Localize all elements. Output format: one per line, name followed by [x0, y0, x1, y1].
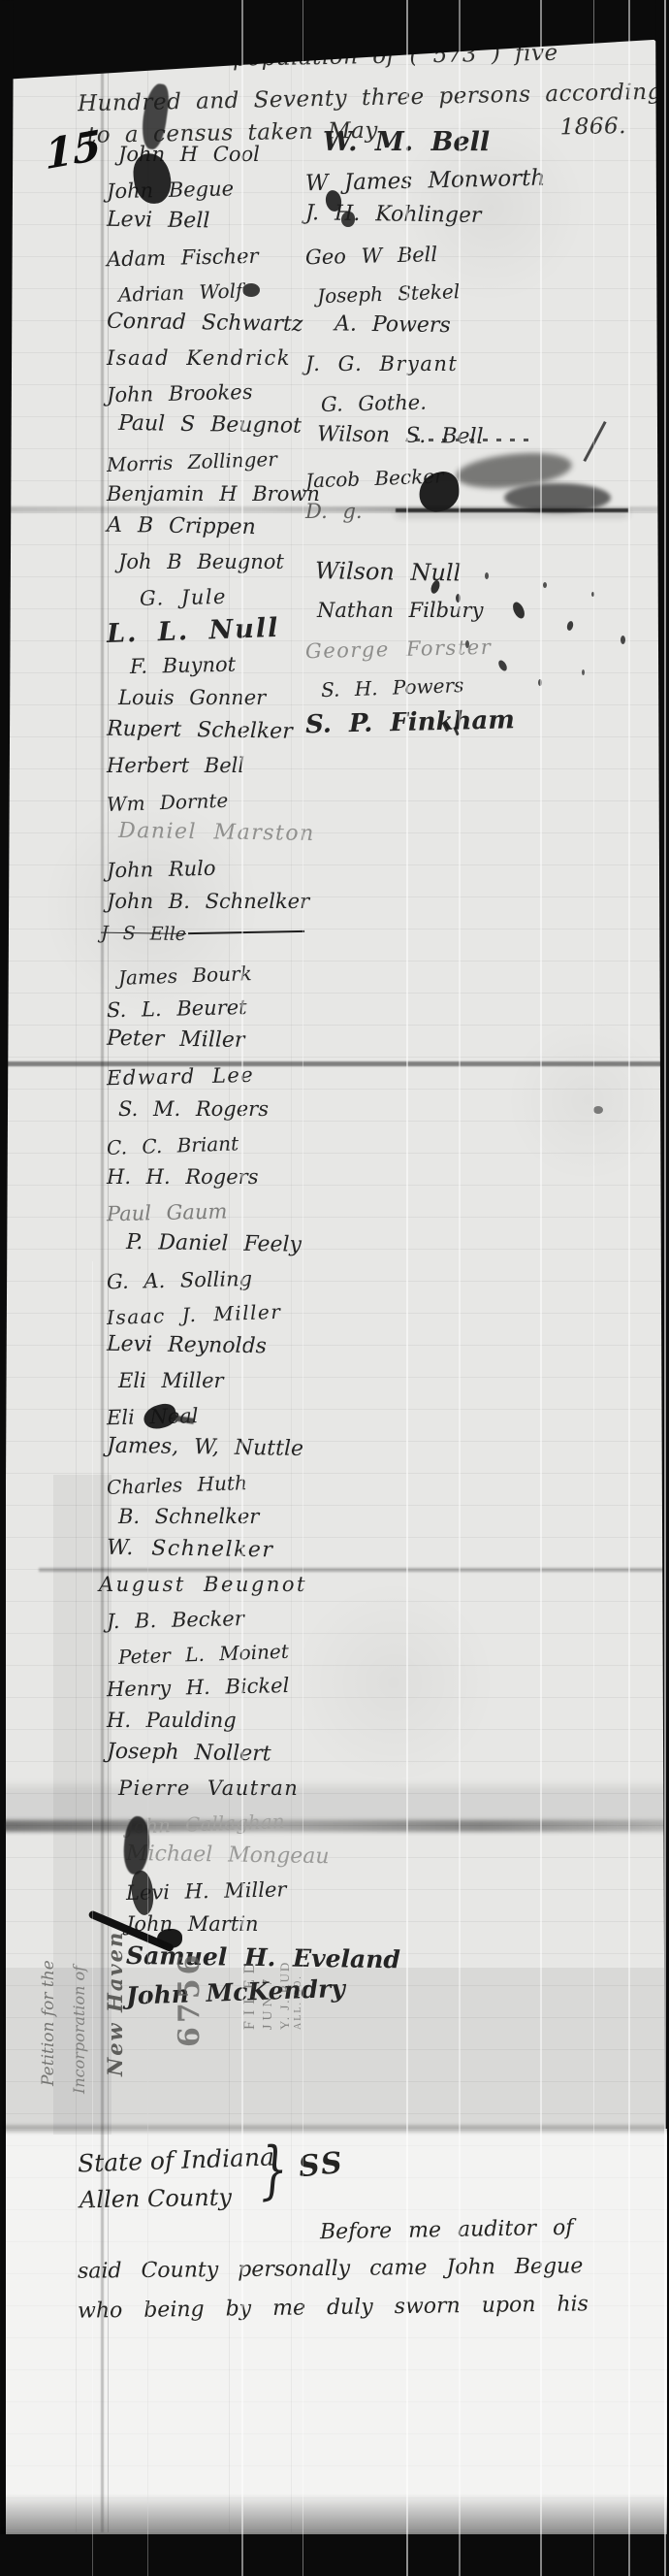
signature: C. C. Briant [107, 1125, 389, 1162]
signature: John Rulo [107, 852, 389, 886]
scan-edge-bottom [0, 2534, 669, 2576]
scratch-line [241, 0, 243, 2576]
signature: Levi H. Miller [126, 1875, 389, 1908]
signature: J S Elle [101, 921, 388, 953]
signature: A. Powers [334, 311, 664, 343]
scratch-line [540, 0, 542, 2576]
signature: W. Schnelker [107, 1536, 388, 1568]
signature: S. P. Finkham [305, 704, 665, 739]
signature: S. L. Beuret [107, 992, 389, 1026]
scratch-line [406, 0, 408, 2576]
signature: Wm Dornte [107, 782, 389, 819]
stamp-line-filed: FILED [240, 1904, 260, 2030]
signature: G. A. Solling [107, 1263, 389, 1297]
signature: Charles Huth [107, 1465, 389, 1502]
stamp-line-date: JUN 7 [260, 1904, 277, 2030]
signature: James Bourk [118, 956, 389, 993]
signature: Eli Miller [118, 1368, 388, 1395]
ink-speck [543, 582, 547, 588]
ink-speck [465, 640, 469, 648]
signature: B. Schnelker [118, 1504, 388, 1531]
signature: John B. Schnelker [107, 889, 388, 916]
scratch-line [664, 0, 666, 2576]
file-number-stamp: 6756 [173, 1951, 207, 2048]
scratch-line [628, 0, 630, 2576]
signature: J. G. Bryant [305, 351, 664, 378]
margin-tally-mark: 15 [45, 121, 102, 179]
fold-line [0, 2125, 669, 2133]
margin-note-new-haven: New Haven [103, 1843, 127, 2076]
signature: S. M. Rogers [118, 1096, 388, 1124]
margin-note-incorporation: Incorporation of [70, 1803, 88, 2094]
signature: Levi Reynolds [107, 1332, 388, 1364]
margin-note-petition: Petition for the [39, 1795, 58, 2086]
signature: J. B. Becker [107, 1603, 389, 1637]
ledger-rule [76, 35, 77, 2532]
signature: G. Gothe. [321, 384, 665, 419]
signature: H. Paulding [107, 1708, 388, 1735]
stamp-line-clerk: Y. J. RUD [277, 1904, 293, 2030]
scratch-line [303, 0, 303, 2576]
signature: Peter Miller [107, 1027, 388, 1059]
scratch-line [459, 0, 461, 2576]
signature: S. H. Powers [321, 666, 665, 704]
ink-blot [242, 283, 260, 297]
document-scan: a resident population of ( 573 ) five Hu… [0, 0, 669, 2576]
scratch-line [92, 1261, 93, 2576]
jurat-brace: } [258, 2134, 289, 2208]
signature: August Beugnot [99, 1572, 388, 1599]
signature: Nathan Filbury [317, 598, 664, 625]
ink-speck [593, 1106, 603, 1114]
scratch-line [147, 1455, 148, 2576]
signature: James, W, Nuttle [107, 1434, 388, 1466]
signature: Paul Gaum [107, 1195, 389, 1229]
signature: W James Monworth [305, 163, 665, 198]
filed-date-stamp: FILED JUN 7 Y. J. RUD ALL. CO. [240, 1904, 304, 2030]
ink-blot [157, 1929, 182, 1948]
signature: Michael Mongeau [126, 1842, 388, 1873]
signature: W. M. Bell [323, 130, 664, 157]
signature: P. Daniel Feely [126, 1230, 388, 1261]
ink-blot [341, 212, 355, 227]
signature: Pierre Vautran [118, 1776, 388, 1803]
signature: Isaac J. Miller [107, 1295, 389, 1332]
signature: J. H. Kohlinger [305, 201, 664, 234]
signature: Henry H. Bickel [107, 1671, 389, 1705]
ink-speck [621, 636, 625, 644]
ink-speck [582, 669, 585, 675]
ink-speck [485, 572, 489, 579]
signature: George Forster [305, 631, 665, 666]
signature: Herbert Bell [107, 753, 388, 780]
scratch-line [593, 0, 594, 2576]
signature: Daniel Marston [118, 819, 388, 850]
jurat-body-line-1: Before me auditor of [320, 2216, 574, 2245]
jurat-ss: SS [297, 2146, 345, 2185]
signature: Peter L. Moinet [118, 1635, 389, 1672]
signature: Wilson Null [315, 558, 664, 591]
signature: Joseph Stekel [317, 272, 665, 310]
dotted-scribble [415, 439, 531, 441]
signature: Edward Lee [107, 1060, 389, 1093]
jurat-county: Allen County [80, 2184, 232, 2214]
signature: John Callaghan [126, 1805, 389, 1841]
signature: Joseph Nollert [107, 1740, 388, 1772]
signature: D. g. [305, 499, 664, 526]
signature: H. H. Rogers [107, 1164, 388, 1191]
signature: Geo W Bell [305, 237, 665, 272]
